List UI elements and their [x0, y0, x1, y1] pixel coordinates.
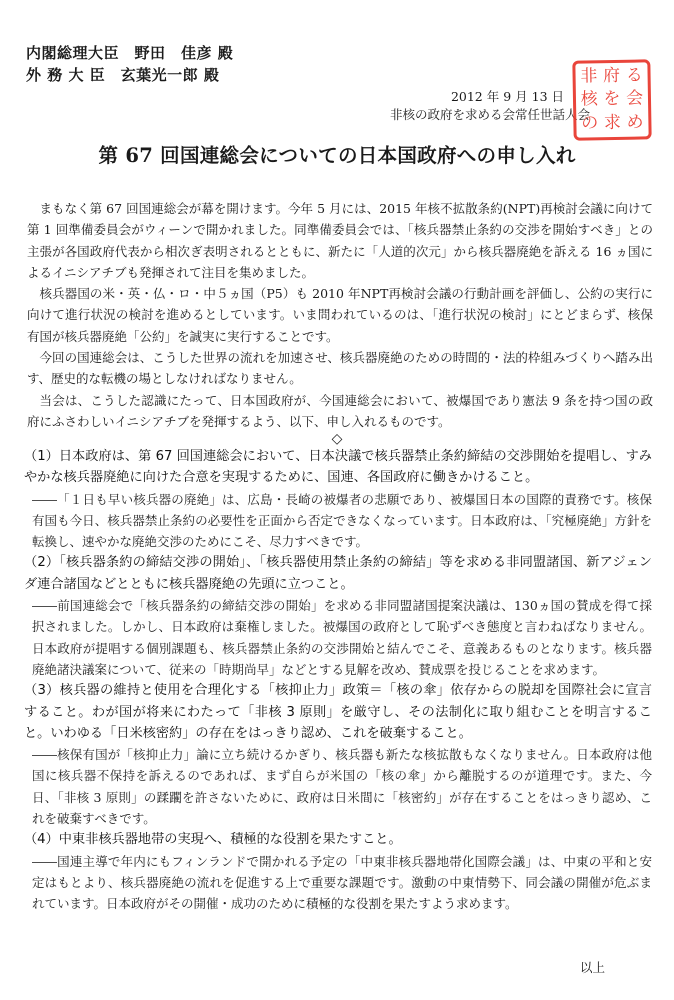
- document-page: 内閣総理大臣 野田 佳彦 殿 外 務 大 臣 玄葉光一郎 殿 2012 年 9 …: [0, 0, 674, 1000]
- demand-item: （4）中東非核兵器地帯の実現へ、積極的な役割を果たすこと。 ――国連主導で年内に…: [24, 829, 652, 914]
- stamp-char: を: [600, 88, 623, 112]
- demand-heading: （3）核兵器の維持と使用を合理化する「核抑止力」政策＝「核の傘」依存からの脱却を…: [24, 680, 652, 744]
- addressee-prime-minister: 内閣総理大臣 野田 佳彦 殿: [26, 42, 233, 64]
- addressee-foreign-minister: 外 務 大 臣 玄葉光一郎 殿: [26, 64, 233, 86]
- stamp-char: 会: [623, 88, 646, 112]
- demand-heading: （2）「核兵器条約の締結交渉の開始」、「核兵器使用禁止条約の締結」等を求める非同…: [24, 552, 652, 595]
- addressee-block: 内閣総理大臣 野田 佳彦 殿 外 務 大 臣 玄葉光一郎 殿: [26, 42, 233, 86]
- section-separator-diamond-icon: ◇: [0, 431, 674, 447]
- stamp-char: の: [578, 112, 601, 136]
- demand-explanation: ――国連主導で年内にもフィンランドで開かれる予定の「中東非核兵器地帯化国際会議」…: [32, 851, 652, 915]
- demand-item: （2）「核兵器条約の締結交渉の開始」、「核兵器使用禁止条約の締結」等を求める非同…: [24, 552, 652, 680]
- seal-stamp-icon: 非 核 の 府 を 求 る 会 め: [572, 59, 651, 140]
- document-date: 2012 年 9 月 13 日: [451, 88, 564, 106]
- demand-heading: （1）日本政府は、第 67 回国連総会において、日本決議で核兵器禁止条約締結の交…: [24, 446, 652, 489]
- intro-section: まもなく第 67 回国連総会が幕を開けます。今年 5 月には、2015 年核不拡…: [27, 198, 653, 432]
- sender-organization: 非核の政府を求める会常任世話人会: [390, 106, 590, 124]
- demand-explanation: ――前国連総会で「核兵器条約の締結交渉の開始」を求める非同盟諸国提案決議は、13…: [32, 595, 652, 680]
- demand-item: （3）核兵器の維持と使用を合理化する「核抑止力」政策＝「核の傘」依存からの脱却を…: [24, 680, 652, 829]
- demand-heading: （4）中東非核兵器地帯の実現へ、積極的な役割を果たすこと。: [24, 829, 652, 850]
- stamp-char: 非: [577, 65, 600, 89]
- demands-list: （1）日本政府は、第 67 回国連総会において、日本決議で核兵器禁止条約締結の交…: [24, 446, 652, 915]
- intro-paragraph: 核兵器国の米・英・仏・ロ・中５ヵ国（P5）も 2010 年NPT再検討会議の行動…: [27, 283, 653, 347]
- closing-mark: 以上: [580, 958, 605, 976]
- intro-paragraph: 今回の国連総会は、こうした世界の流れを加速させ、核兵器廃絶のための時間的・法的枠…: [27, 347, 653, 390]
- demand-explanation: ――「１日も早い核兵器の廃絶」は、広島・長崎の被爆者の悲願であり、被爆国日本の国…: [32, 489, 652, 553]
- demand-explanation: ――核保有国が「核抑止力」論に立ち続けるかぎり、核兵器も新たな核拡散もなくなりま…: [32, 744, 652, 829]
- stamp-char: る: [623, 64, 646, 88]
- intro-paragraph: まもなく第 67 回国連総会が幕を開けます。今年 5 月には、2015 年核不拡…: [27, 198, 653, 283]
- stamp-char: 府: [600, 65, 623, 89]
- demand-item: （1）日本政府は、第 67 回国連総会において、日本決議で核兵器禁止条約締結の交…: [24, 446, 652, 552]
- stamp-char: 求: [601, 111, 624, 135]
- stamp-char: め: [624, 111, 647, 135]
- stamp-char: 核: [578, 89, 601, 113]
- document-title: 第 67 回国連総会についての日本国政府への申し入れ: [0, 140, 674, 168]
- intro-paragraph: 当会は、こうした認識にたって、日本国政府が、今国連総会において、被爆国であり憲法…: [27, 390, 653, 433]
